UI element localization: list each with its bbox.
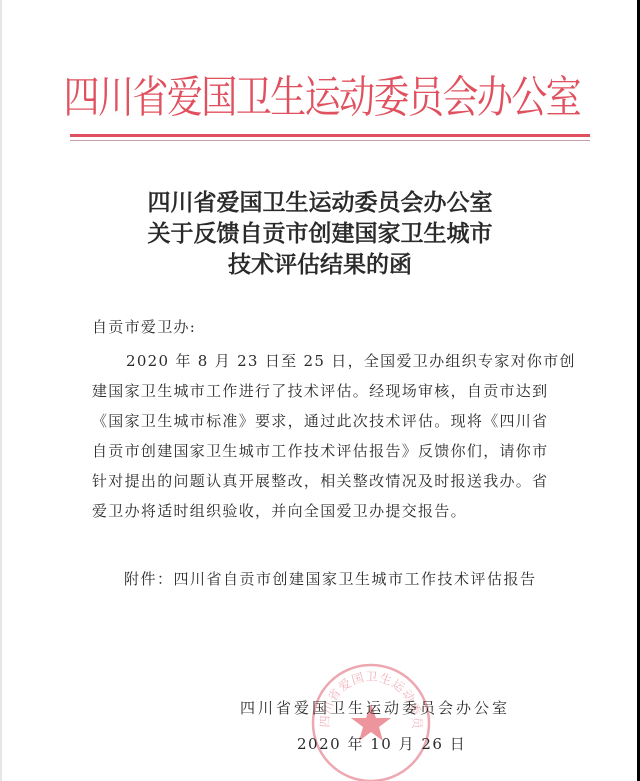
body-line: 针对提出的问题认真开展整改，相关整改情况及时报送我办。省 xyxy=(92,466,592,496)
signature-date: 2020 年 10 月 26 日 xyxy=(297,733,466,754)
body-line: 建国家卫生城市工作进行了技术评估。经现场审核，自贡市达到 xyxy=(92,376,592,406)
body-line: 自贡市创建国家卫生城市工作技术评估报告》反馈你们，请你市 xyxy=(92,436,592,466)
signature-org: 四川省爱国卫生运动委员会办公室 xyxy=(240,697,540,718)
title-line: 技术评估结果的函 xyxy=(0,250,640,281)
body-line: 爱卫办将适时组织验收，并向全国爱卫办提交报告。 xyxy=(92,496,592,526)
salutation: 自贡市爱卫办: xyxy=(92,316,592,337)
document-title: 四川省爱国卫生运动委员会办公室 关于反馈自贡市创建国家卫生城市 技术评估结果的函 xyxy=(0,188,640,281)
official-seal-icon: 四川省爱国卫生运动委员会办公室 xyxy=(310,662,432,781)
body-line: 2020 年 8 月 23 日至 25 日，全国爱卫办组织专家对你市创 xyxy=(92,346,592,376)
letterhead-title: 四川省爱国卫生运动委员会办公室 xyxy=(59,68,584,128)
body-paragraph: 2020 年 8 月 23 日至 25 日，全国爱卫办组织专家对你市创 建国家卫… xyxy=(92,346,592,526)
document-page: 四川省爱国卫生运动委员会办公室 四川省爱国卫生运动委员会办公室 关于反馈自贡市创… xyxy=(0,0,640,781)
letterhead-rule-thick xyxy=(70,134,590,137)
title-line: 关于反馈自贡市创建国家卫生城市 xyxy=(0,219,640,250)
page-edge-left xyxy=(0,0,2,781)
attachment-note: 附件：四川省自贡市创建国家卫生城市工作技术评估报告 xyxy=(124,568,624,589)
body-line: 《国家卫生城市标准》要求，通过此次技术评估。现将《四川省 xyxy=(92,406,592,436)
title-line: 四川省爱国卫生运动委员会办公室 xyxy=(0,188,640,219)
letterhead-rule-thin xyxy=(70,140,590,141)
